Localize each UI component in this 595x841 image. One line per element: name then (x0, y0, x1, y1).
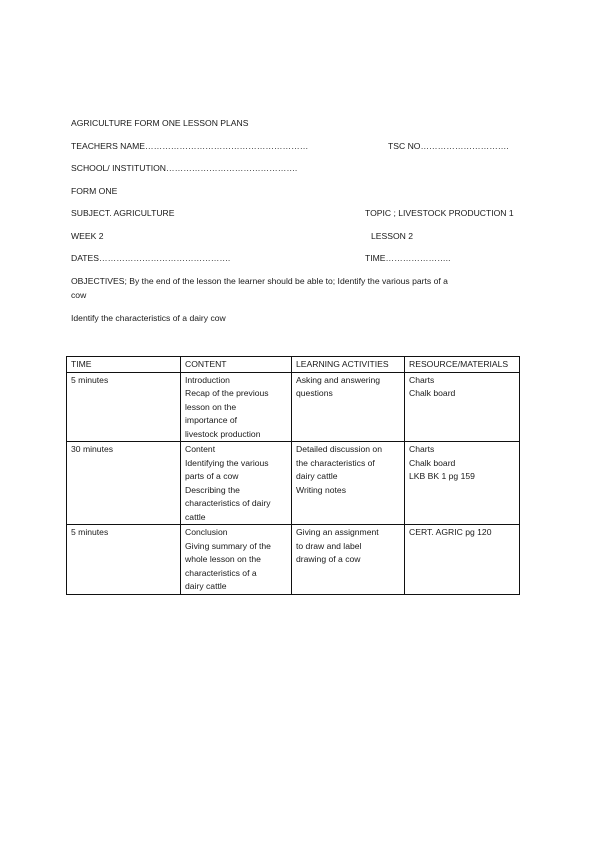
tsc-no-field: TSC NO…………………………. (388, 141, 509, 152)
cell-activities-line: Asking and answering (296, 374, 400, 388)
topic-label: TOPIC ; LIVESTOCK PRODUCTION 1 (365, 208, 514, 219)
cell-activities: Giving an assignmentto draw and labeldra… (292, 525, 405, 595)
cell-time: 5 minutes (67, 372, 181, 442)
cell-content-line: dairy cattle (185, 580, 287, 594)
objective-2-text: Identify the characteristics of a dairy … (71, 313, 226, 324)
school-field: SCHOOL/ INSTITUTION………………………………………. (71, 163, 297, 174)
cell-content-line: whole lesson on the (185, 553, 287, 567)
cell-activities-line: dairy cattle (296, 470, 400, 484)
week-label: WEEK 2 (71, 231, 103, 242)
cell-activities: Detailed discussion onthe characteristic… (292, 442, 405, 525)
cell-activities-line: Detailed discussion on (296, 443, 400, 457)
cell-content-line: Identifying the various (185, 457, 287, 471)
table-row: 5 minutesIntroductionRecap of the previo… (67, 372, 520, 442)
teachers-name-field: TEACHERS NAME………………………………………………… (71, 141, 308, 152)
cell-resources-line: LKB BK 1 pg 159 (409, 470, 515, 484)
cell-resources-line: CERT. AGRIC pg 120 (409, 526, 515, 540)
cell-resources-line: Charts (409, 443, 515, 457)
cell-resources: CERT. AGRIC pg 120 (405, 525, 520, 595)
cell-activities-line: drawing of a cow (296, 553, 400, 567)
cell-resources-line: Chalk board (409, 387, 515, 401)
cell-activities-line: to draw and label (296, 540, 400, 554)
time-field: TIME………………….. (365, 253, 450, 264)
cell-content-line: Content (185, 443, 287, 457)
cell-content-line: Describing the (185, 484, 287, 498)
cell-activities-line: questions (296, 387, 400, 401)
cell-resources-line: Charts (409, 374, 515, 388)
cell-content-line: characteristics of dairy (185, 497, 287, 511)
header-resources: RESOURCE/MATERIALS (405, 357, 520, 373)
header-time: TIME (67, 357, 181, 373)
document-title: AGRICULTURE FORM ONE LESSON PLANS (71, 118, 248, 129)
lesson-plan-table: TIME CONTENT LEARNING ACTIVITIES RESOURC… (66, 356, 520, 595)
cell-content: ContentIdentifying the variousparts of a… (181, 442, 292, 525)
cell-content-line: lesson on the (185, 401, 287, 415)
form-label: FORM ONE (71, 186, 117, 197)
cell-activities-line: the characteristics of (296, 457, 400, 471)
cell-resources: ChartsChalk boardLKB BK 1 pg 159 (405, 442, 520, 525)
cell-content: ConclusionGiving summary of thewhole les… (181, 525, 292, 595)
cell-content-line: characteristics of a (185, 567, 287, 581)
table-row: 30 minutesContentIdentifying the various… (67, 442, 520, 525)
cell-activities-line: Writing notes (296, 484, 400, 498)
cell-content-line: parts of a cow (185, 470, 287, 484)
cell-content-line: livestock production (185, 428, 287, 442)
header-learning-activities: LEARNING ACTIVITIES (292, 357, 405, 373)
cell-content: IntroductionRecap of the previouslesson … (181, 372, 292, 442)
cell-content-line: Giving summary of the (185, 540, 287, 554)
cell-content-line: cattle (185, 511, 287, 525)
cell-resources: ChartsChalk board (405, 372, 520, 442)
subject-label: SUBJECT. AGRICULTURE (71, 208, 174, 219)
cell-content-line: Conclusion (185, 526, 287, 540)
cell-activities-line: Giving an assignment (296, 526, 400, 540)
table-header-row: TIME CONTENT LEARNING ACTIVITIES RESOURC… (67, 357, 520, 373)
cell-time: 5 minutes (67, 525, 181, 595)
objectives-text: OBJECTIVES; By the end of the lesson the… (71, 276, 448, 287)
cell-content-line: Recap of the previous (185, 387, 287, 401)
cell-time: 30 minutes (67, 442, 181, 525)
table-row: 5 minutesConclusionGiving summary of the… (67, 525, 520, 595)
objectives-text-cont: cow (71, 290, 86, 301)
cell-resources-line: Chalk board (409, 457, 515, 471)
header-content: CONTENT (181, 357, 292, 373)
cell-content-line: importance of (185, 414, 287, 428)
cell-content-line: Introduction (185, 374, 287, 388)
cell-activities: Asking and answeringquestions (292, 372, 405, 442)
dates-field: DATES………………………………………. (71, 253, 230, 264)
lesson-label: LESSON 2 (371, 231, 413, 242)
